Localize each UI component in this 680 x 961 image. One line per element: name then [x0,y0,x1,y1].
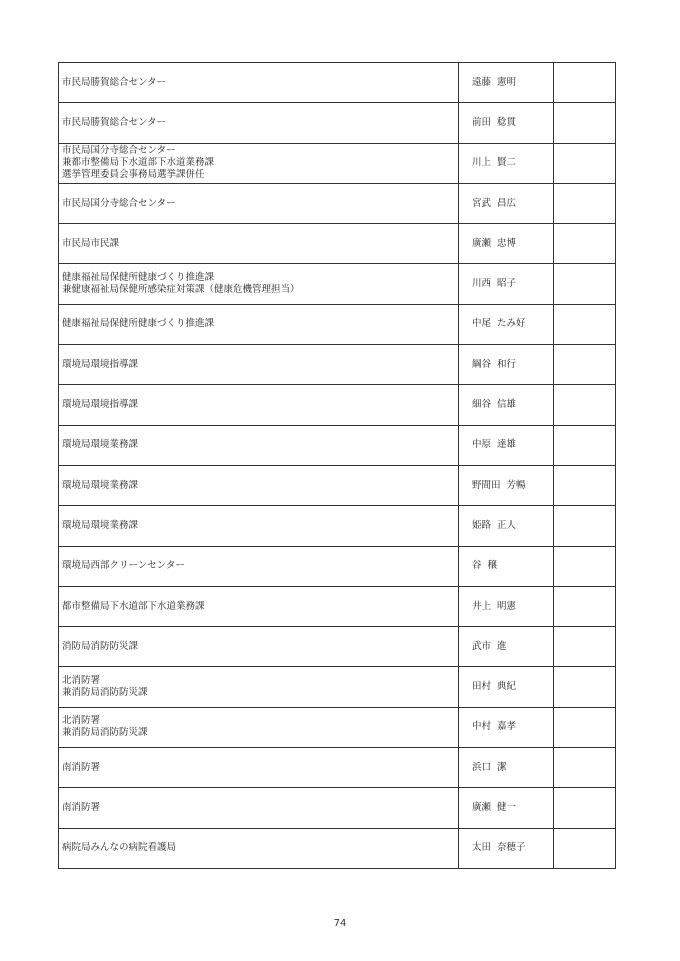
name-cell: 細谷信雄 [459,385,554,425]
note-cell [554,304,616,344]
surname: 井上 [472,601,491,612]
department-line: 環境局環境業務課 [62,439,458,451]
surname: 川上 [472,157,491,168]
table-row: 健康福祉局保健所健康づくり推進課兼健康福祉局保健所感染症対策課（健康危機管理担当… [59,264,616,304]
given-name: 嘉孝 [497,721,516,732]
table-row: 都市整備局下水道部下水道業務課井上明憲 [59,586,616,626]
note-cell [554,224,616,264]
personnel-table-body: 市民局勝賀総合センター遠藤憲明市民局勝賀総合センター前田稔貫市民局国分寺総合セン… [59,63,616,869]
department-line: 北消防署 [62,715,458,727]
department-line: 市民局市民課 [62,238,458,250]
department-line: 兼消防局消防防災課 [62,687,458,699]
given-name: 和行 [497,359,516,370]
department-cell: 市民局国分寺総合センター兼都市整備局下水道部下水道業務課選挙管理委員会事務局選挙… [59,143,459,183]
table-row: 環境局環境業務課姫路正人 [59,506,616,546]
table-row: 環境局西部クリーンセンター谷穣 [59,546,616,586]
department-line: 健康福祉局保健所健康づくり推進課 [62,318,458,330]
name-cell: 野間田芳暢 [459,465,554,505]
surname: 綱谷 [472,359,491,370]
surname: 田村 [472,681,491,692]
note-cell [554,667,616,707]
note-cell [554,828,616,868]
given-name: 正人 [497,520,516,531]
given-name: 稔貫 [497,117,516,128]
note-cell [554,103,616,143]
given-name: 潔 [497,762,507,773]
table-row: 環境局環境業務課中原達雄 [59,425,616,465]
note-cell [554,425,616,465]
table-row: 健康福祉局保健所健康づくり推進課中尾たみ好 [59,304,616,344]
name-cell: 姫路正人 [459,506,554,546]
surname: 武市 [472,641,491,652]
given-name: 昌広 [497,198,516,209]
department-cell: 都市整備局下水道部下水道業務課 [59,586,459,626]
surname: 野間田 [472,480,501,491]
department-cell: 環境局環境指導課 [59,385,459,425]
surname: 川西 [472,278,491,289]
name-cell: 綱谷和行 [459,345,554,385]
surname: 廣瀬 [472,238,491,249]
table-row: 南消防署浜口潔 [59,748,616,788]
name-cell: 前田稔貫 [459,103,554,143]
department-line: 環境局環境業務課 [62,480,458,492]
department-line: 市民局国分寺総合センター [62,198,458,210]
note-cell [554,183,616,223]
department-cell: 市民局市民課 [59,224,459,264]
given-name: 典紀 [497,681,516,692]
name-cell: 浜口潔 [459,748,554,788]
department-cell: 環境局環境業務課 [59,425,459,465]
note-cell [554,264,616,304]
name-cell: 廣瀬健一 [459,788,554,828]
department-cell: 市民局国分寺総合センター [59,183,459,223]
department-cell: 健康福祉局保健所健康づくり推進課 [59,304,459,344]
name-cell: 遠藤憲明 [459,63,554,103]
name-cell: 武市進 [459,627,554,667]
table-row: 消防局消防防災課武市進 [59,627,616,667]
surname: 前田 [472,117,491,128]
department-cell: 健康福祉局保健所健康づくり推進課兼健康福祉局保健所感染症対策課（健康危機管理担当… [59,264,459,304]
name-cell: 谷穣 [459,546,554,586]
given-name: 穣 [488,560,498,571]
surname: 遠藤 [472,77,491,88]
department-cell: 南消防署 [59,748,459,788]
department-line: 市民局勝賀総合センター [62,77,458,89]
surname: 太田 [472,842,491,853]
note-cell [554,586,616,626]
department-cell: 環境局環境業務課 [59,465,459,505]
table-row: 市民局国分寺総合センター宮武昌広 [59,183,616,223]
name-cell: 中尾たみ好 [459,304,554,344]
department-line: 南消防署 [62,762,458,774]
table-row: 北消防署兼消防局消防防災課田村典紀 [59,667,616,707]
department-line: 市民局勝賀総合センター [62,117,458,129]
department-cell: 市民局勝賀総合センター [59,63,459,103]
table-row: 環境局環境指導課綱谷和行 [59,345,616,385]
given-name: たみ好 [497,318,526,329]
name-cell: 廣瀬忠博 [459,224,554,264]
note-cell [554,143,616,183]
given-name: 進 [497,641,507,652]
given-name: 昭子 [497,278,516,289]
surname: 姫路 [472,520,491,531]
department-cell: 北消防署兼消防局消防防災課 [59,667,459,707]
name-cell: 井上明憲 [459,586,554,626]
name-cell: 川西昭子 [459,264,554,304]
given-name: 憲明 [497,77,516,88]
table-row: 環境局環境業務課野間田芳暢 [59,465,616,505]
department-cell: 北消防署兼消防局消防防災課 [59,707,459,747]
name-cell: 田村典紀 [459,667,554,707]
table-row: 南消防署廣瀬健一 [59,788,616,828]
surname: 細谷 [472,399,491,410]
note-cell [554,546,616,586]
note-cell [554,506,616,546]
note-cell [554,345,616,385]
surname: 宮武 [472,198,491,209]
given-name: 忠博 [497,238,516,249]
note-cell [554,707,616,747]
note-cell [554,748,616,788]
department-line: 兼都市整備局下水道部下水道業務課 [62,157,458,169]
surname: 浜口 [472,762,491,773]
department-line: 消防局消防防災課 [62,641,458,653]
department-line: 環境局環境指導課 [62,399,458,411]
department-cell: 病院局みんなの病院看護局 [59,828,459,868]
note-cell [554,63,616,103]
given-name: 賢二 [497,157,516,168]
department-line: 北消防署 [62,675,458,687]
department-line: 健康福祉局保健所健康づくり推進課 [62,272,458,284]
department-cell: 南消防署 [59,788,459,828]
name-cell: 川上賢二 [459,143,554,183]
given-name: 健一 [497,802,516,813]
surname: 谷 [472,560,482,571]
surname: 中尾 [472,318,491,329]
name-cell: 中原達雄 [459,425,554,465]
department-cell: 消防局消防防災課 [59,627,459,667]
department-line: 南消防署 [62,802,458,814]
note-cell [554,385,616,425]
personnel-table: 市民局勝賀総合センター遠藤憲明市民局勝賀総合センター前田稔貫市民局国分寺総合セン… [58,62,616,869]
note-cell [554,465,616,505]
name-cell: 中村嘉孝 [459,707,554,747]
note-cell [554,788,616,828]
department-line: 病院局みんなの病院看護局 [62,842,458,854]
name-cell: 太田奈穂子 [459,828,554,868]
department-line: 都市整備局下水道部下水道業務課 [62,601,458,613]
name-cell: 宮武昌広 [459,183,554,223]
table-row: 市民局国分寺総合センター兼都市整備局下水道部下水道業務課選挙管理委員会事務局選挙… [59,143,616,183]
page-number: 74 [0,918,680,929]
given-name: 芳暢 [507,480,526,491]
table-row: 市民局市民課廣瀬忠博 [59,224,616,264]
table-row: 病院局みんなの病院看護局太田奈穂子 [59,828,616,868]
given-name: 奈穂子 [497,842,526,853]
department-line: 兼消防局消防防災課 [62,727,458,739]
surname: 中原 [472,439,491,450]
table-row: 市民局勝賀総合センター前田稔貫 [59,103,616,143]
department-line: 環境局環境業務課 [62,520,458,532]
surname: 中村 [472,721,491,732]
given-name: 信雄 [497,399,516,410]
department-line: 市民局国分寺総合センター [62,145,458,157]
given-name: 明憲 [497,601,516,612]
table-row: 環境局環境指導課細谷信雄 [59,385,616,425]
table-row: 北消防署兼消防局消防防災課中村嘉孝 [59,707,616,747]
department-cell: 環境局環境指導課 [59,345,459,385]
department-line: 環境局環境指導課 [62,359,458,371]
table-row: 市民局勝賀総合センター遠藤憲明 [59,63,616,103]
department-cell: 環境局西部クリーンセンター [59,546,459,586]
note-cell [554,627,616,667]
given-name: 達雄 [497,439,516,450]
department-cell: 環境局環境業務課 [59,506,459,546]
department-line: 環境局西部クリーンセンター [62,560,458,572]
department-cell: 市民局勝賀総合センター [59,103,459,143]
surname: 廣瀬 [472,802,491,813]
department-line: 兼健康福祉局保健所感染症対策課（健康危機管理担当） [62,284,458,296]
department-line: 選挙管理委員会事務局選挙課併任 [62,169,458,181]
